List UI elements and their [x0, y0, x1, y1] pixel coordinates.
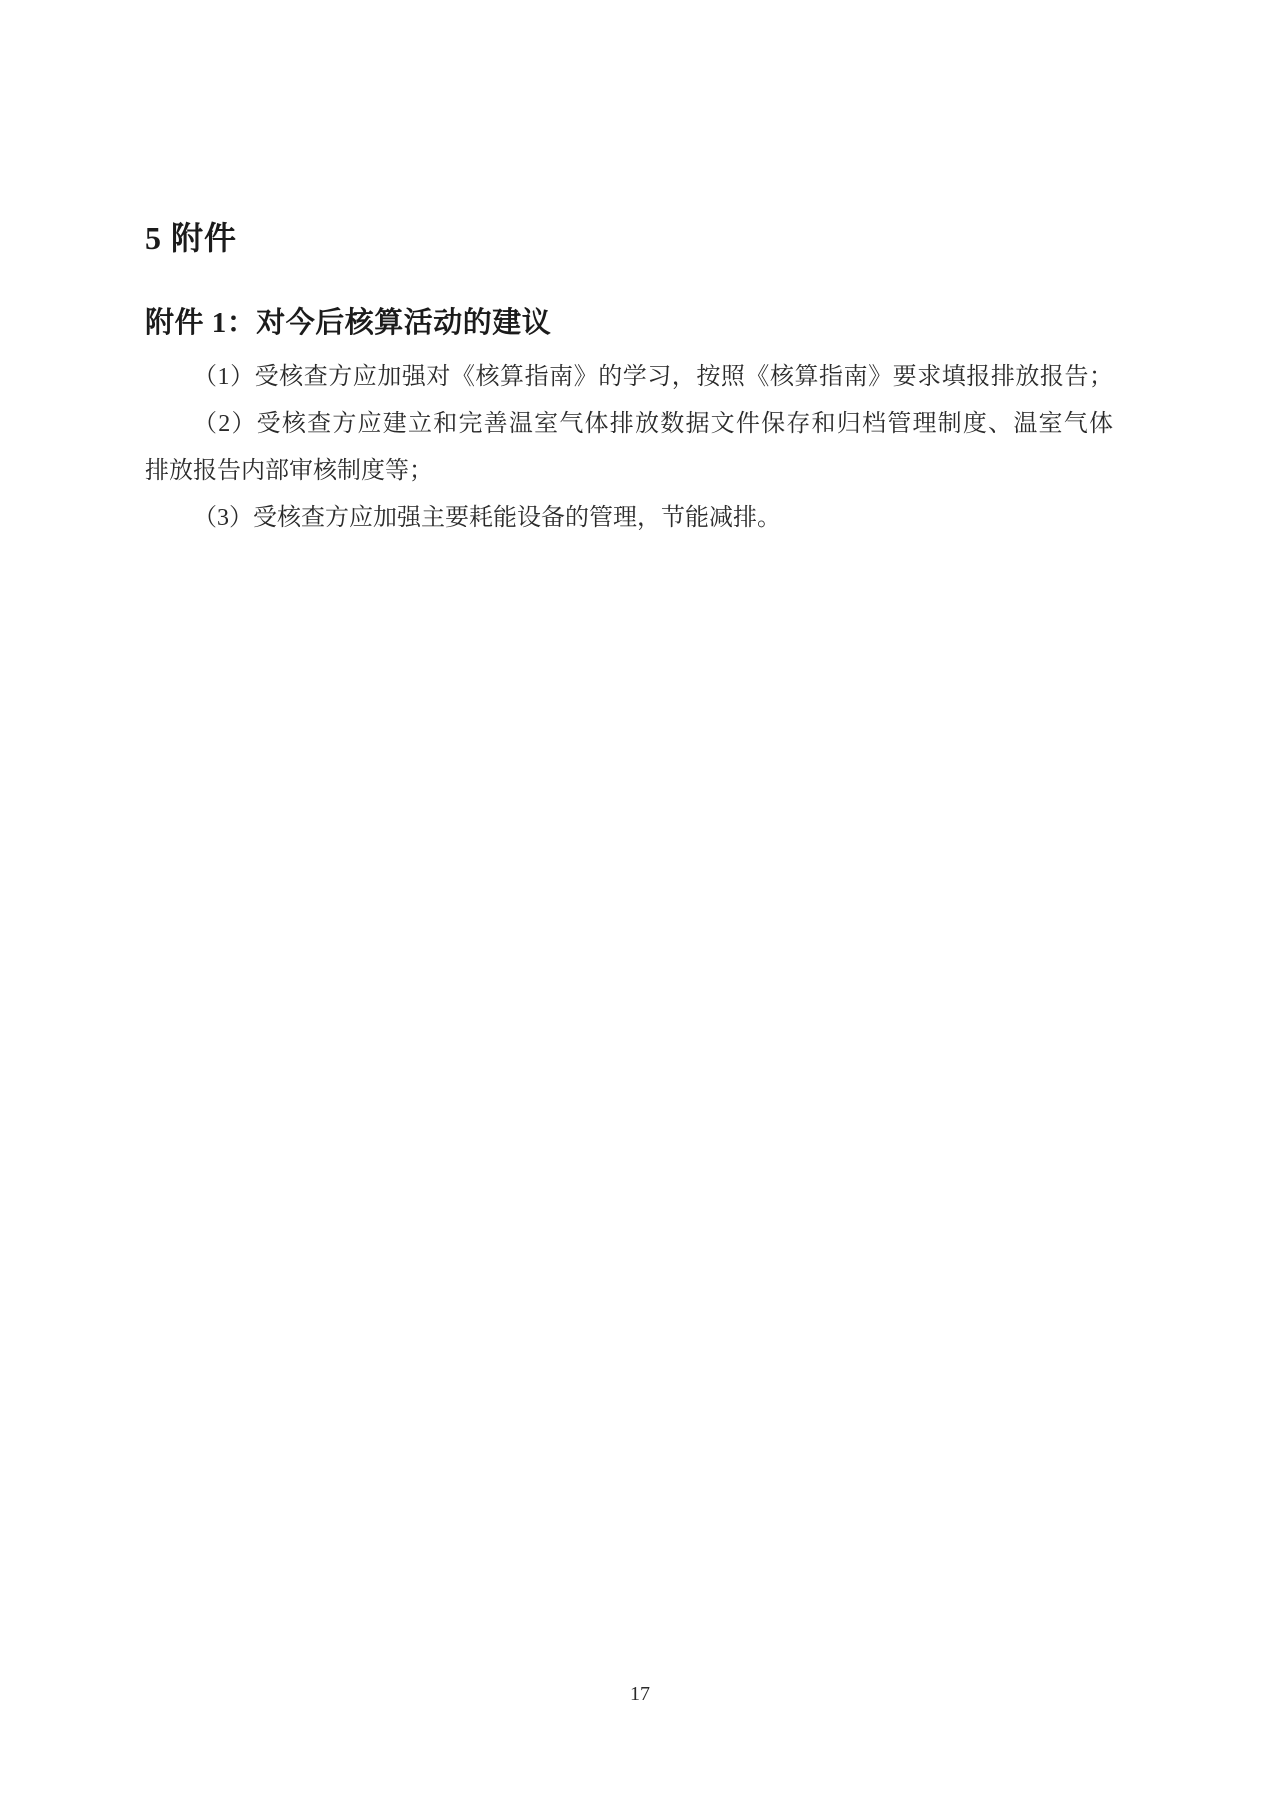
paragraph: （3）受核查方应加强主要耗能设备的管理，节能减排。	[145, 495, 1113, 542]
paragraph-line: 排放报告内部审核制度等；	[145, 448, 1113, 495]
paragraph-line: （1）受核查方应加强对《核算指南》的学习，按照《核算指南》要求填报排放报告；	[145, 354, 1113, 401]
paragraph-line: （3）受核查方应加强主要耗能设备的管理，节能减排。	[145, 495, 1113, 542]
paragraph-line: （2）受核查方应建立和完善温室气体排放数据文件保存和归档管理制度、温室气体	[145, 401, 1113, 448]
section-heading: 5 附件	[145, 218, 1113, 258]
paragraph-block: （1）受核查方应加强对《核算指南》的学习，按照《核算指南》要求填报排放报告； （…	[145, 354, 1113, 542]
attachment-heading: 附件 1：对今后核算活动的建议	[145, 304, 1113, 342]
document-page: 5 附件 附件 1：对今后核算活动的建议 （1）受核查方应加强对《核算指南》的学…	[145, 0, 1113, 542]
paragraph: （2）受核查方应建立和完善温室气体排放数据文件保存和归档管理制度、温室气体 排放…	[145, 401, 1113, 495]
page-number: 17	[0, 1682, 1280, 1706]
paragraph: （1）受核查方应加强对《核算指南》的学习，按照《核算指南》要求填报排放报告；	[145, 354, 1113, 401]
